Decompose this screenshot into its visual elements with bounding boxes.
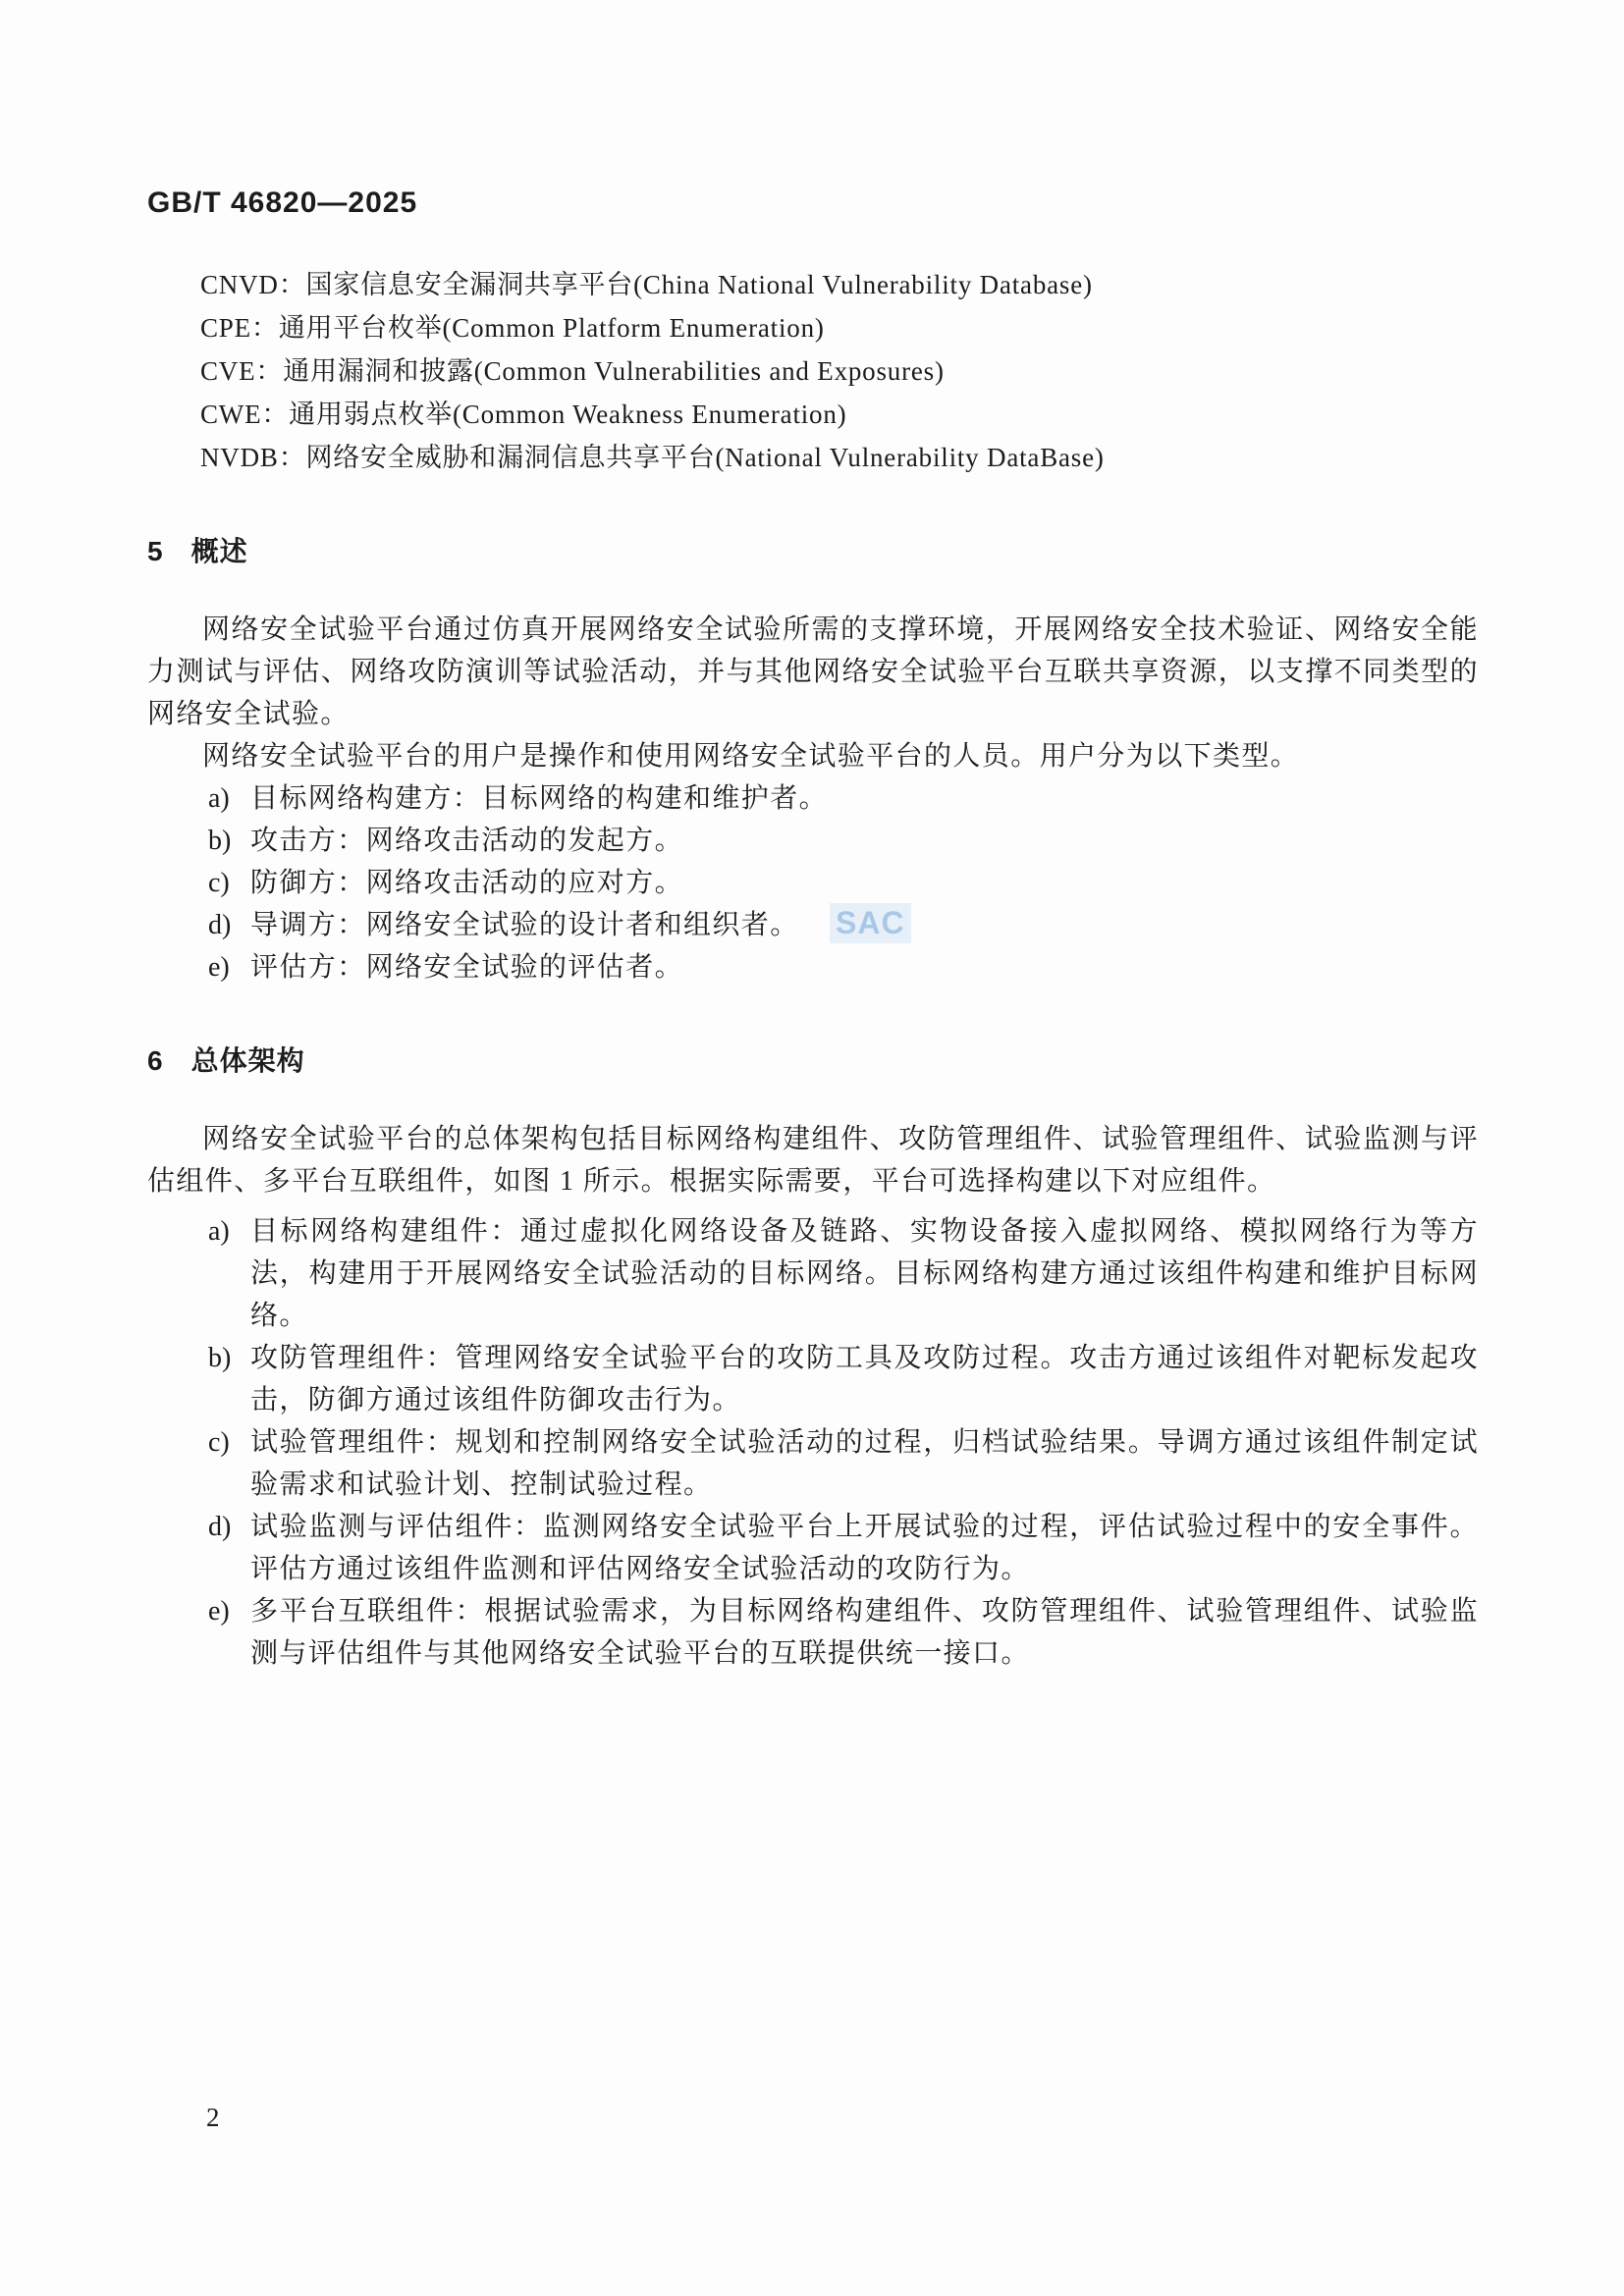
list-item-text: 评估方：网络安全试验的评估者。 [250,952,683,983]
list-item: c)防御方：网络攻击活动的应对方。 [147,862,1479,904]
list-item: e)多平台互联组件：根据试验需求，为目标网络构建组件、攻防管理组件、试验管理组件… [147,1590,1479,1675]
list-item-text: 目标网络构建组件：通过虚拟化网络设备及链路、实物设备接入虚拟网络、模拟网络行为等… [250,1216,1479,1331]
list-item-text: 攻击方：网络攻击活动的发起方。 [250,826,683,856]
list-item-label: e) [208,1590,230,1632]
list-item-text: 导调方：网络安全试验的设计者和组织者。 [250,910,799,940]
list-item-text: 防御方：网络攻击活动的应对方。 [250,868,683,898]
list-item-label: d) [208,904,231,946]
list-item: b)攻防管理组件：管理网络安全试验平台的攻防工具及攻防过程。攻击方通过该组件对靶… [147,1337,1479,1421]
sac-watermark: SAC [830,903,911,943]
list-item: b)攻击方：网络攻击活动的发起方。 [147,820,1479,862]
abbreviation-line: CPE：通用平台枚举(Common Platform Enumeration) [147,306,1479,349]
list-item-text: 多平台互联组件：根据试验需求，为目标网络构建组件、攻防管理组件、试验管理组件、试… [250,1596,1479,1669]
list-item-label: b) [208,1337,231,1379]
list-item-label: a) [208,1210,230,1253]
section-6-title: 总体架构 [191,1045,305,1076]
page-number: 2 [206,2103,220,2133]
abbreviation-line: CWE：通用弱点枚举(Common Weakness Enumeration) [147,393,1479,436]
section-5-paragraph-1: 网络安全试验平台通过仿真开展网络安全试验所需的支撑环境，开展网络安全技术验证、网… [147,609,1479,735]
list-item-text: 试验管理组件：规划和控制网络安全试验活动的过程，归档试验结果。导调方通过该组件制… [250,1427,1479,1500]
list-item-label: c) [208,862,230,904]
list-item-text: 目标网络构建方：目标网络的构建和维护者。 [250,783,828,814]
list-item: c)试验管理组件：规划和控制网络安全试验活动的过程，归档试验结果。导调方通过该组… [147,1421,1479,1506]
list-item-text: 攻防管理组件：管理网络安全试验平台的攻防工具及攻防过程。攻击方通过该组件对靶标发… [250,1343,1479,1415]
abbreviation-line: NVDB：网络安全威胁和漏洞信息共享平台(National Vulnerabil… [147,436,1479,479]
abbreviation-list: CNVD：国家信息安全漏洞共享平台(China National Vulnera… [147,263,1479,479]
section-5-number: 5 [147,536,164,566]
section-5-title: 概述 [191,536,248,566]
list-item-label: a) [208,777,230,820]
abbreviation-line: CNVD：国家信息安全漏洞共享平台(China National Vulnera… [147,263,1479,306]
list-item-label: e) [208,946,230,988]
list-item-label: c) [208,1421,230,1464]
section-5-list: a)目标网络构建方：目标网络的构建和维护者。 b)攻击方：网络攻击活动的发起方。… [147,777,1479,988]
section-6-paragraph-1: 网络安全试验平台的总体架构包括目标网络构建组件、攻防管理组件、试验管理组件、试验… [147,1118,1479,1202]
list-item-text: 试验监测与评估组件：监测网络安全试验平台上开展试验的过程，评估试验过程中的安全事… [250,1512,1479,1584]
list-item: d)导调方：网络安全试验的设计者和组织者。 [147,904,1479,946]
section-6-heading: 6总体架构 [147,1043,1479,1079]
section-6-list: a)目标网络构建组件：通过虚拟化网络设备及链路、实物设备接入虚拟网络、模拟网络行… [147,1210,1479,1675]
list-item: e)评估方：网络安全试验的评估者。 [147,946,1479,988]
abbreviation-line: CVE：通用漏洞和披露(Common Vulnerabilities and E… [147,349,1479,393]
section-5-paragraph-2: 网络安全试验平台的用户是操作和使用网络安全试验平台的人员。用户分为以下类型。 [147,735,1479,777]
list-item: d)试验监测与评估组件：监测网络安全试验平台上开展试验的过程，评估试验过程中的安… [147,1506,1479,1590]
doc-number: GB/T 46820—2025 [147,187,1479,220]
list-item: a)目标网络构建组件：通过虚拟化网络设备及链路、实物设备接入虚拟网络、模拟网络行… [147,1210,1479,1337]
list-item: a)目标网络构建方：目标网络的构建和维护者。 [147,777,1479,820]
list-item-label: d) [208,1506,231,1548]
document-page: GB/T 46820—2025 CNVD：国家信息安全漏洞共享平台(China … [0,0,1624,2296]
page-content: GB/T 46820—2025 CNVD：国家信息安全漏洞共享平台(China … [147,0,1479,1675]
list-item-label: b) [208,820,231,862]
section-6-number: 6 [147,1045,164,1076]
section-5-heading: 5概述 [147,534,1479,569]
